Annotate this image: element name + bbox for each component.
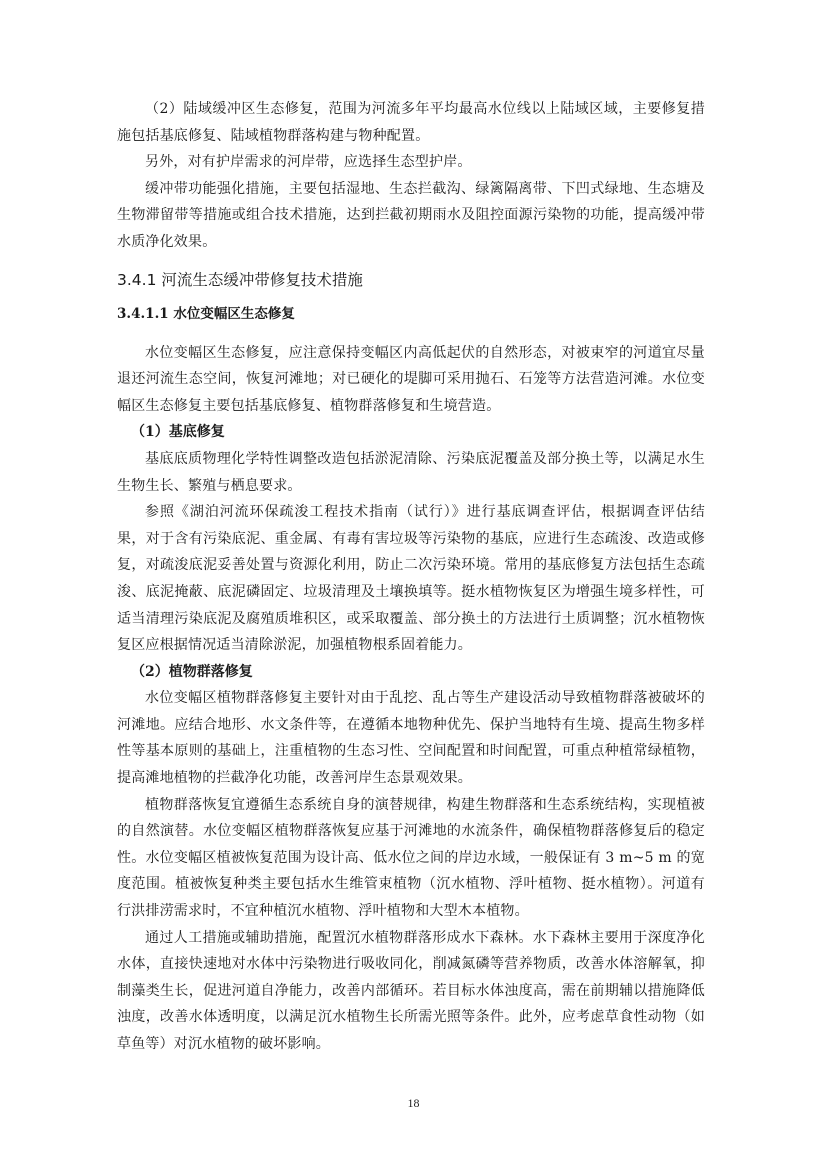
- subheading-plant-community-restoration: （2）植物群落修复: [117, 659, 705, 686]
- page-number: 18: [0, 1096, 827, 1111]
- paragraph-underwater-forest: 通过人工措施或辅助措施，配置沉水植物群落形成水下森林。水下森林主要用于深度净化水…: [117, 925, 705, 1058]
- paragraph-plant-succession: 植物群落恢复宜遵循生态系统自身的演替规律，构建生物群落和生态系统结构，实现植被的…: [117, 792, 705, 925]
- paragraph-riparian-buffer-restoration: （2）陆域缓冲区生态修复，范围为河流多年平均最高水位线以上陆域区域，主要修复措施…: [117, 96, 705, 149]
- subheading-substrate-restoration: （1）基底修复: [117, 419, 705, 446]
- paragraph-revetment-note: 另外，对有护岸需求的河岸带，应选择生态型护岸。: [117, 149, 705, 176]
- document-page: （2）陆域缓冲区生态修复，范围为河流多年平均最高水位线以上陆域区域，主要修复措施…: [117, 96, 705, 1058]
- paragraph-substrate-guideline: 参照《湖泊河流环保疏浚工程技术指南（试行）》进行基底调查评估，根据调查评估结果，…: [117, 499, 705, 659]
- paragraph-plant-community-targets: 水位变幅区植物群落修复主要针对由于乱挖、乱占等生产建设活动导致植物群落被破坏的河…: [117, 685, 705, 791]
- section-heading-3-4-1-1: 3.4.1.1 水位变幅区生态修复: [117, 304, 705, 324]
- paragraph-substrate-adjustment: 基底底质物理化学特性调整改造包括淤泥清除、污染底泥覆盖及部分换土等，以满足水生生…: [117, 446, 705, 499]
- paragraph-fluctuation-zone-intro: 水位变幅区生态修复，应注意保持变幅区内高低起伏的自然形态，对被束窄的河道宜尽量退…: [117, 340, 705, 420]
- paragraph-buffer-enhancement: 缓冲带功能强化措施，主要包括湿地、生态拦截沟、绿篱隔离带、下凹式绿地、生态塘及生…: [117, 176, 705, 256]
- section-heading-3-4-1: 3.4.1 河流生态缓冲带修复技术措施: [117, 270, 705, 290]
